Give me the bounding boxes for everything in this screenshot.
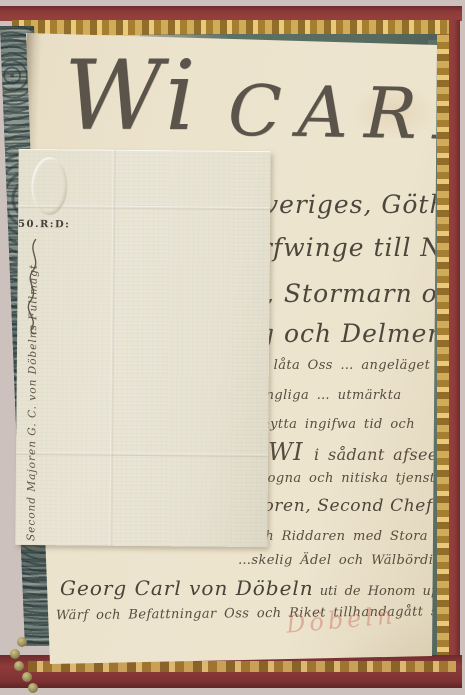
book-scan: Wi CARL …veriges, Göthes …rfwinge till N…	[0, 0, 465, 695]
recipient-name: Georg Carl von Döbeln	[60, 576, 314, 600]
endband-bead	[28, 683, 38, 693]
body-line: …nytta ingifwa tid och	[248, 417, 415, 432]
body-line: …d låta Oss … angeläget	[244, 358, 430, 373]
leather-border-right	[449, 20, 460, 668]
body-line: …trogna och nitiska tjenster,	[242, 471, 453, 486]
body-line: …veriges, Göthes	[238, 190, 465, 219]
stamp-fee-label: 50.R:D:	[18, 219, 70, 230]
endband-bead	[14, 661, 24, 671]
body-line: …, Stormarn och	[240, 279, 465, 308]
scanned-book-page: { "header": { "word_wi": "Wi", "word_car…	[0, 0, 465, 695]
fold-crease	[16, 452, 268, 457]
fold-crease	[109, 150, 115, 546]
folded-document-sheet: 50.R:D: Second Majoren G. C. von Döbelns…	[15, 149, 270, 547]
gold-tooling-right	[437, 34, 449, 659]
gold-tooling-top	[12, 20, 458, 35]
body-line: …joren, Second Chefen.	[240, 496, 461, 516]
vertical-docket-text: Second Majoren G. C. von Döbelns Fullmag…	[25, 241, 40, 541]
endband-bead	[22, 672, 32, 682]
body-line: …skelig Ädel och Wälbördig	[238, 553, 442, 568]
body-line: Wärf och Befattningar Oss och Riket till…	[56, 604, 465, 624]
ornate-wi-initial: WI	[268, 438, 314, 466]
recipient-name-line: Georg Carl von Döbelnuti de Honom uppdra…	[60, 576, 465, 600]
endband-bead	[10, 649, 20, 659]
leather-border-top	[0, 6, 462, 21]
endband-bead	[17, 637, 27, 647]
calligraphic-initial-wi: Wi	[64, 48, 200, 144]
calligraphic-name-carl: CARL	[227, 76, 465, 151]
